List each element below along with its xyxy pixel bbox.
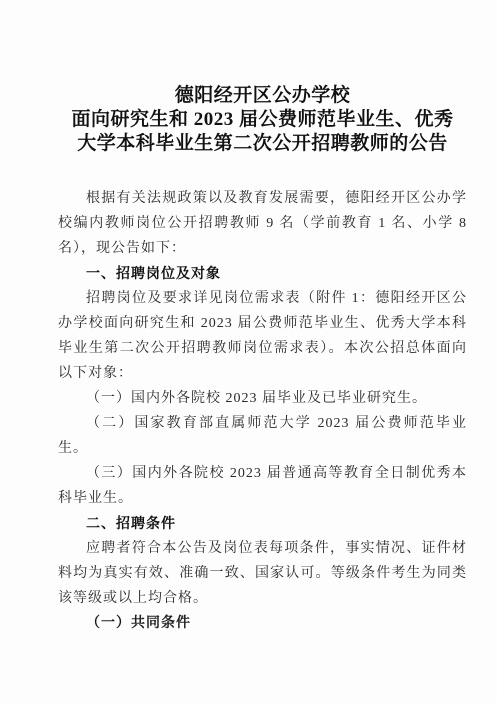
document-page: 德阳经开区公办学校 面向研究生和 2023 届公费师范毕业生、优秀 大学本科毕业…	[0, 0, 497, 703]
title-line-3: 大学本科毕业生第二次公开招聘教师的公告	[58, 132, 467, 156]
section-1-paragraph: 招聘岗位及要求详见岗位需求表（附件 1：德阳经开区公办学校面向研究生和 2023…	[58, 286, 467, 386]
section-1-heading: 一、招聘岗位及对象	[58, 261, 467, 286]
section-2-paragraph: 应聘者符合本公告及岗位表每项条件，事实情况、证件材料均为真实有效、准确一致、国家…	[58, 536, 467, 611]
section-1-item-1: （一）国内外各院校 2023 届毕业及已毕业研究生。	[58, 386, 467, 411]
document-title: 德阳经开区公办学校 面向研究生和 2023 届公费师范毕业生、优秀 大学本科毕业…	[58, 84, 467, 156]
title-line-2: 面向研究生和 2023 届公费师范毕业生、优秀	[58, 108, 467, 132]
section-2-subheading: （一）共同条件	[58, 611, 467, 636]
section-2-heading: 二、招聘条件	[58, 511, 467, 536]
section-1-item-2: （二）国家教育部直属师范大学 2023 届公费师范毕业生。	[58, 411, 467, 461]
intro-paragraph: 根据有关法规政策以及教育发展需要，德阳经开区公办学校编内教师岗位公开招聘教师 9…	[58, 186, 467, 261]
title-line-1: 德阳经开区公办学校	[58, 84, 467, 108]
section-1-item-3: （三）国内外各院校 2023 届普通高等教育全日制优秀本科毕业生。	[58, 461, 467, 511]
